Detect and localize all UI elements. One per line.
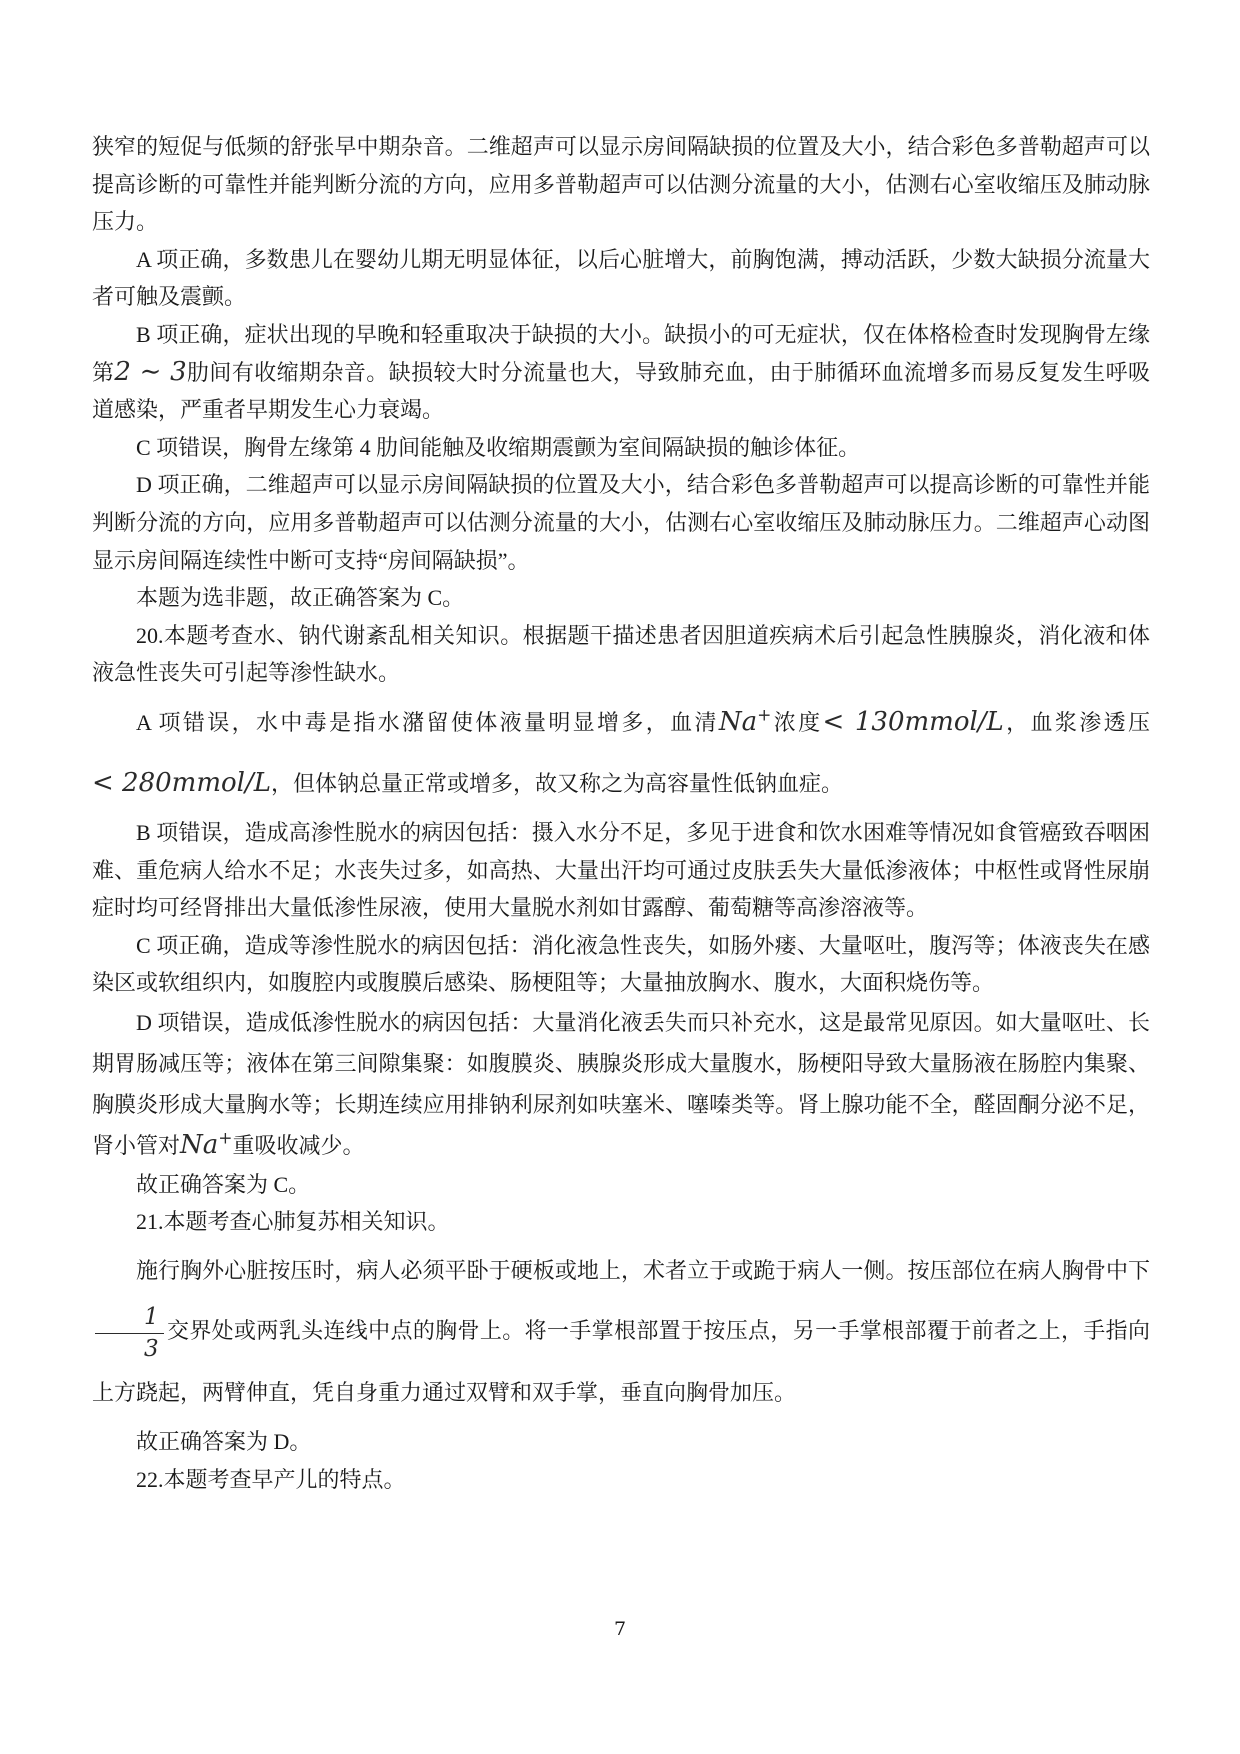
para-20-option-c: C 项正确，造成等渗性脱水的病因包括：消化液急性丧失，如肠外瘘、大量呕吐，腹泻等… (92, 927, 1150, 1002)
text-run: A 项错误，水中毒是指水潴留使体液量明显增多，血清 (136, 710, 719, 735)
fraction-denominator: 3 (95, 1334, 164, 1364)
text-run: ，但体钠总量正常或增多，故又称之为高容量性低钠血症。 (271, 771, 843, 796)
para-19-continuation: 狭窄的短促与低频的舒张早中期杂音。二维超声可以显示房间隔缺损的位置及大小，结合彩… (92, 128, 1150, 241)
text-run: 交界处或两乳头连线中点的胸骨上。将一手掌根部置于按压点，另一手掌根部覆于前者之上… (92, 1318, 1150, 1405)
para-22-intro: 22.本题考查早产儿的特点。 (92, 1461, 1150, 1499)
sodium-symbol: Na+ (719, 707, 772, 737)
superscript-plus: + (757, 705, 771, 725)
math-rib-range: 2 ∼ 3 (114, 357, 186, 387)
text-run: ，血浆渗透压 (1004, 710, 1150, 735)
para-21-intro: 21.本题考查心肺复苏相关知识。 (92, 1203, 1150, 1241)
text-run: 施行胸外心脏按压时，病人必须平卧于硬板或地上，术者立于或跪于病人一侧。按压部位在… (136, 1258, 1150, 1283)
para-20-option-d: D 项错误，造成低渗性脱水的病因包括：大量消化液丢失而只补充水，这是最常见原因。… (92, 1002, 1150, 1166)
para-19-option-d: D 项正确，二维超声可以显示房间隔缺损的位置及大小，结合彩色多普勒超声可以提高诊… (92, 466, 1150, 579)
fraction-one-third: 13 (95, 1303, 164, 1364)
para-19-conclusion: 本题为选非题，故正确答案为 C。 (92, 579, 1150, 617)
page-number: 7 (0, 1618, 1240, 1640)
fraction-numerator: 1 (95, 1303, 164, 1334)
para-20-option-a: A 项错误，水中毒是指水潴留使体液量明显增多，血清Na+浓度< 130mmol/… (92, 692, 1150, 814)
para-20-conclusion: 故正确答案为 C。 (92, 1166, 1150, 1204)
para-21-conclusion: 故正确答案为 D。 (92, 1423, 1150, 1461)
text-run: 重吸收减少。 (233, 1133, 365, 1158)
para-21-body: 施行胸外心脏按压时，病人必须平卧于硬板或地上，术者立于或跪于病人一侧。按压部位在… (92, 1241, 1150, 1423)
para-19-option-a: A 项正确，多数患儿在婴幼儿期无明显体征，以后心脏增大，前胸饱满，搏动活跃，少数… (92, 241, 1150, 316)
text-run: 肋间有收缩期杂音。缺损较大时分流量也大，导致肺充血，由于肺循环血流增多而易反复发… (92, 360, 1150, 423)
para-19-option-b: B 项正确，症状出现的早晚和轻重取决于缺损的大小。缺损小的可无症状，仅在体格检查… (92, 316, 1150, 429)
superscript-plus: + (218, 1128, 232, 1148)
para-20-option-b: B 项错误，造成高渗性脱水的病因包括：摄入水分不足，多见于进食和饮水困难等情况如… (92, 814, 1150, 927)
math-osmolality-280: < 280mmol/L (92, 768, 271, 798)
sodium-symbol: Na+ (180, 1130, 233, 1160)
text-run: 浓度 (771, 710, 822, 735)
math-concentration-130: < 130mmol/L (822, 707, 1003, 737)
answer-explanation-page: 狭窄的短促与低频的舒张早中期杂音。二维超声可以显示房间隔缺损的位置及大小，结合彩… (92, 128, 1150, 1498)
para-20-intro: 20.本题考查水、钠代谢紊乱相关知识。根据题干描述患者因胆道疾病术后引起急性胰腺… (92, 617, 1150, 692)
para-19-option-c: C 项错误，胸骨左缘第 4 肋间能触及收缩期震颤为室间隔缺损的触诊体征。 (92, 429, 1150, 467)
